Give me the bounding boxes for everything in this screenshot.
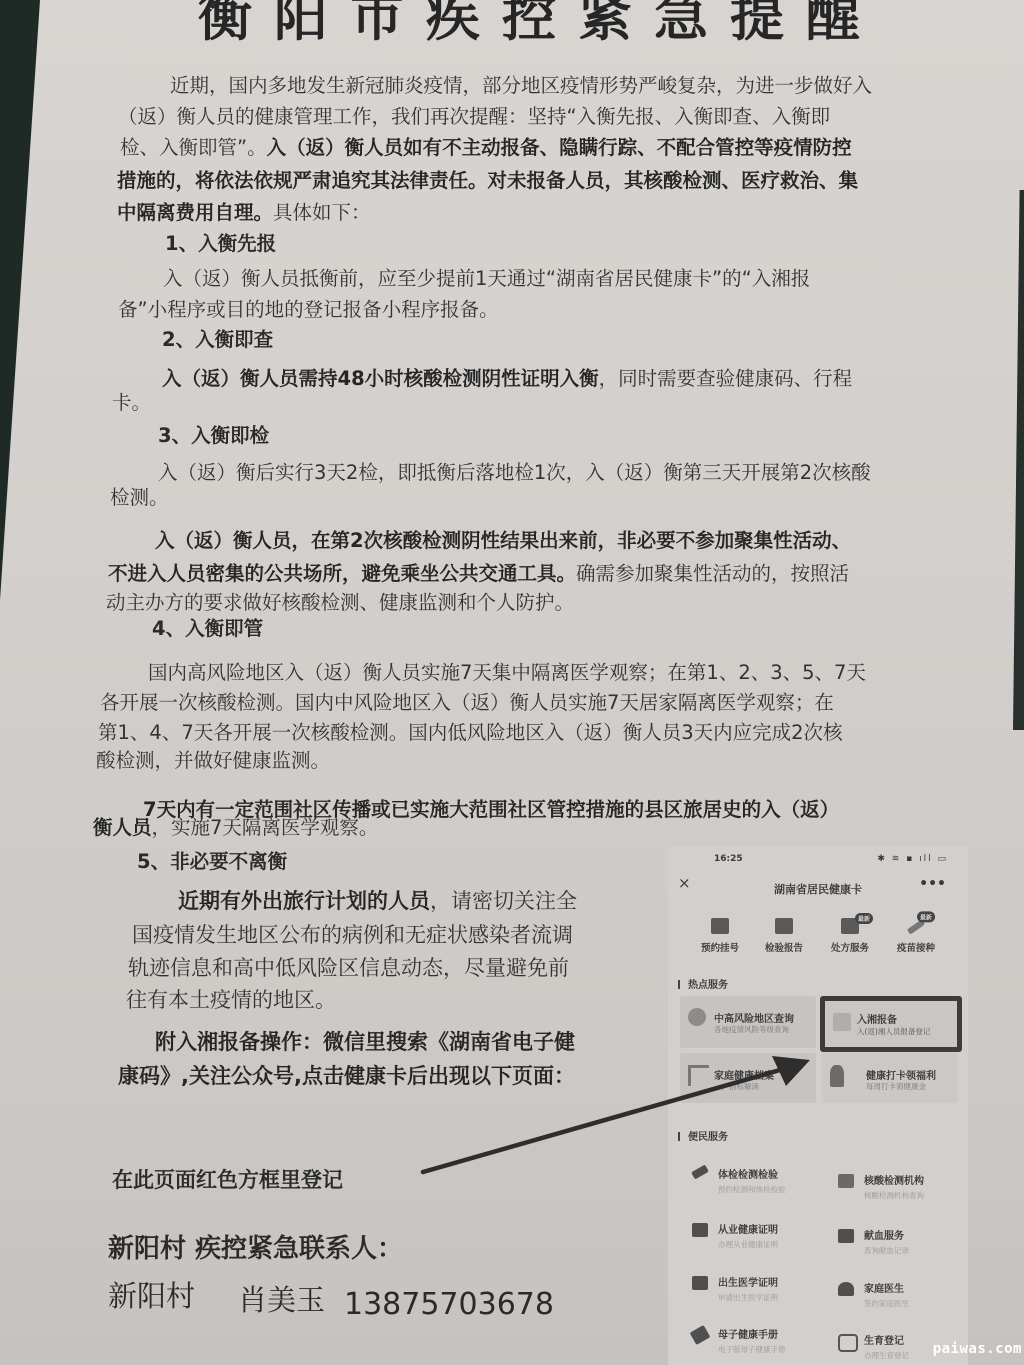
watermark: paiwas.com [933,1341,1022,1357]
pointer-arrow-icon [0,0,1024,1365]
